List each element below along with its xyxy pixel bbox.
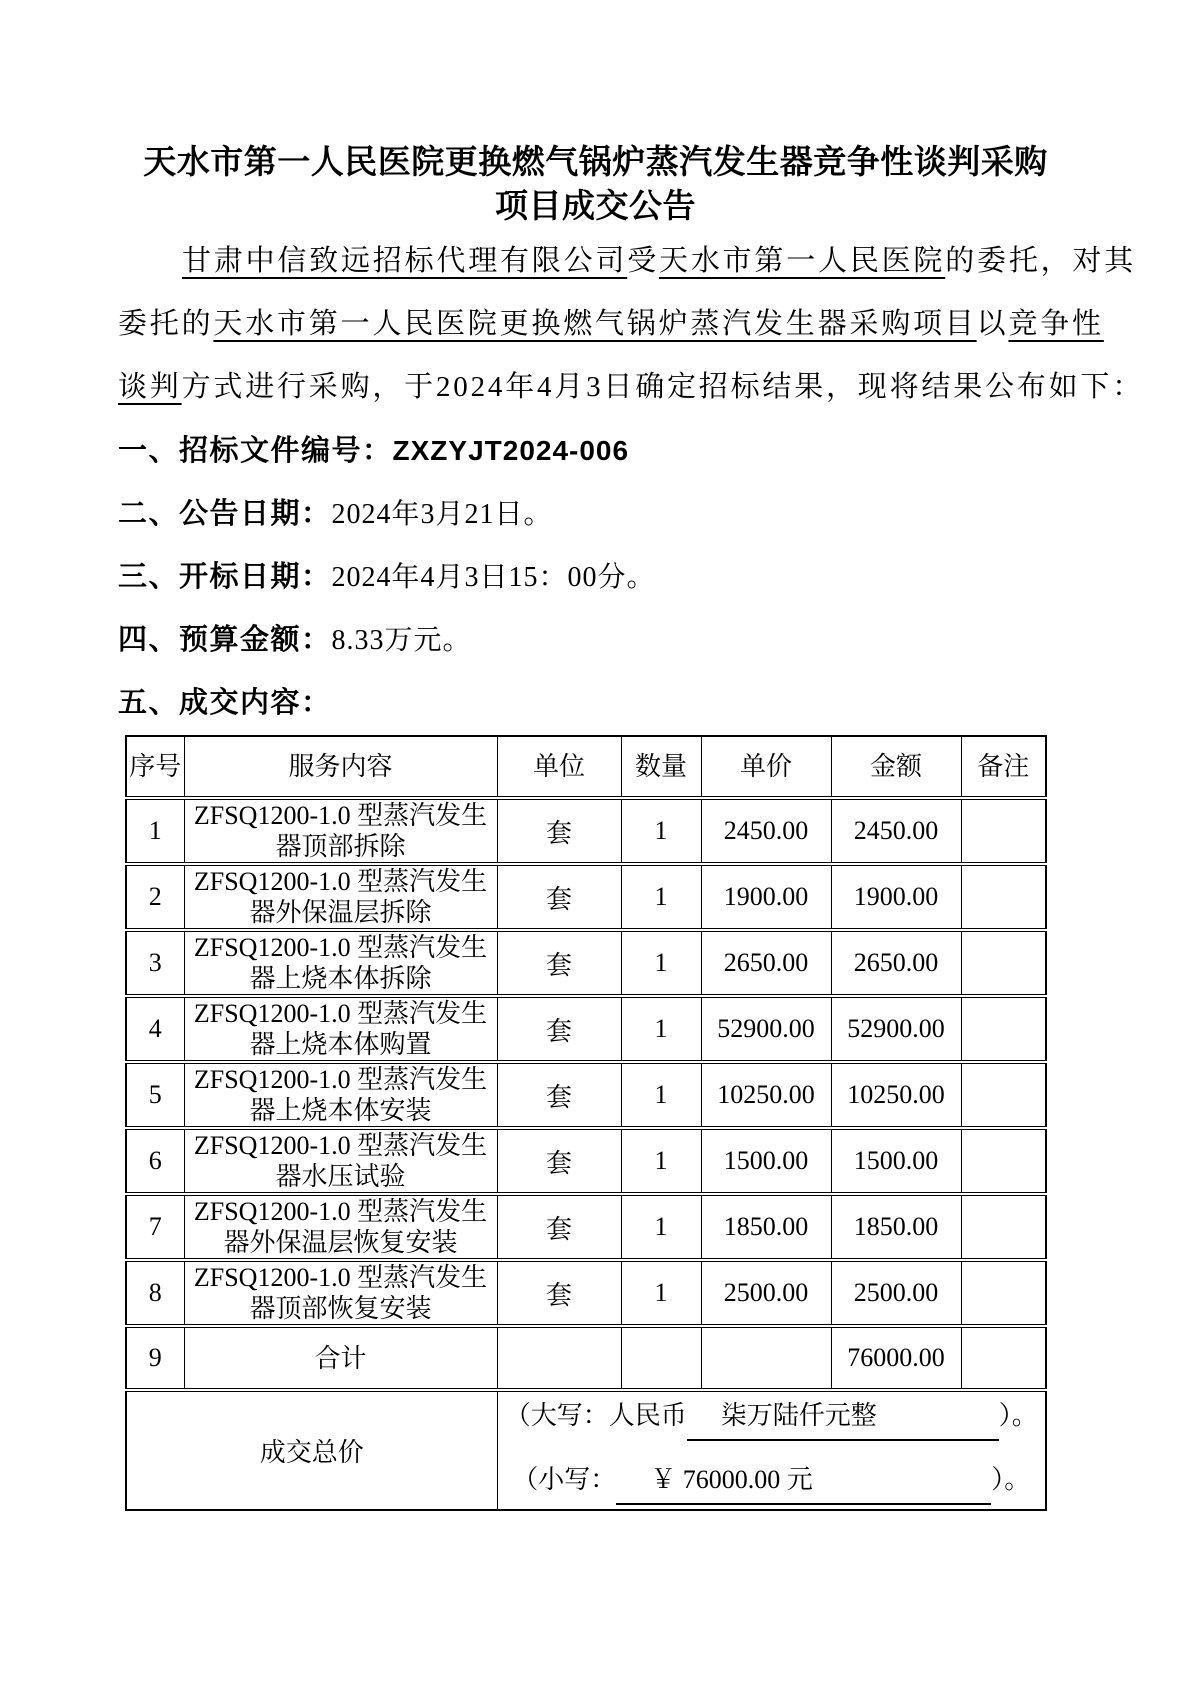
cell-service: ZFSQ1200-1.0 型蒸汽发生器水压试验 [184,1128,497,1194]
item-bid-opening-date: 三、开标日期：2024年4月3日15：00分。 [118,546,1073,609]
service-line-2: 器顶部拆除 [185,831,497,862]
cell-seq: 9 [126,1326,184,1390]
title-line-2: 项目成交公告 [118,184,1073,228]
service-line-2: 器水压试验 [185,1161,497,1192]
cell-qty: 1 [621,864,701,930]
item-award-content: 五、成交内容： [118,672,1073,735]
intro-text: 受 [627,245,659,277]
cell-service: ZFSQ1200-1.0 型蒸汽发生器外保温层恢复安装 [184,1194,497,1260]
intro-text: 方式进行采购，于2024年4月3日确定招标结果，现将结果公布如下： [182,371,1144,403]
cell-seq: 6 [126,1128,184,1194]
document-title: 天水市第一人民医院更换燃气锅炉蒸汽发生器竞争性谈判采购 项目成交公告 [118,140,1073,228]
cell-service: ZFSQ1200-1.0 型蒸汽发生器顶部拆除 [184,798,497,864]
cell-seq: 3 [126,930,184,996]
intro-line-2: 委托的天水市第一人民医院更换燃气锅炉蒸汽发生器采购项目以竞争性 [118,293,1073,356]
service-line-2: 器上烧本体安装 [185,1095,497,1126]
cell-qty: 1 [621,1128,701,1194]
cell-unit: 套 [497,1194,621,1260]
header-seq: 序号 [126,736,184,798]
item-announcement-date: 二、公告日期：2024年3月21日。 [118,483,1073,546]
cell-unit: 套 [497,798,621,864]
header-unit-price: 单价 [701,736,831,798]
service-line-2: 器上烧本体购置 [185,1029,497,1060]
header-qty: 数量 [621,736,701,798]
table-total-row: 9 合计 76000.00 [126,1326,1046,1390]
cell-service: ZFSQ1200-1.0 型蒸汽发生器顶部恢复安装 [184,1260,497,1326]
cell-unit: 套 [497,1260,621,1326]
cell-amount: 1850.00 [831,1194,961,1260]
cell-note [961,1194,1046,1260]
cell-service: ZFSQ1200-1.0 型蒸汽发生器外保温层拆除 [184,864,497,930]
cell-unit: 套 [497,1128,621,1194]
award-content-table: 序号 服务内容 单位 数量 单价 金额 备注 1 ZFSQ1200-1.0 型蒸… [125,735,1047,1511]
cell-qty [621,1326,701,1390]
cell-seq: 7 [126,1194,184,1260]
item-label: 三、开标日期： [118,561,332,593]
cell-qty: 1 [621,1194,701,1260]
cell-unit: 套 [497,996,621,1062]
cell-unit-price: 1900.00 [701,864,831,930]
intro-line-1: 甘肃中信致远招标代理有限公司受天水市第一人民医院的委托，对其 [118,230,1073,293]
service-line-1: ZFSQ1200-1.0 型蒸汽发生 [185,932,497,963]
cell-unit-price: 2450.00 [701,798,831,864]
table-row: 5 ZFSQ1200-1.0 型蒸汽发生器上烧本体安装 套 1 10250.00… [126,1062,1046,1128]
service-line-2: 器上烧本体拆除 [185,963,497,994]
service-line-1: ZFSQ1200-1.0 型蒸汽发生 [185,1262,497,1293]
cell-unit-price: 52900.00 [701,996,831,1062]
cell-unit: 套 [497,930,621,996]
header-unit: 单位 [497,736,621,798]
underlined-hospital-name: 天水市第一人民医院 [659,245,945,277]
cell-amount: 10250.00 [831,1062,961,1128]
amount-figures-blank: ￥ 76000.00 元 [616,1461,991,1505]
cell-note [961,996,1046,1062]
header-amount: 金额 [831,736,961,798]
cell-amount: 1900.00 [831,864,961,930]
cell-amount: 76000.00 [831,1326,961,1390]
cell-amount: 2500.00 [831,1260,961,1326]
cell-seq: 8 [126,1260,184,1326]
amount-in-words-line: （大写：人民币柒万陆仟元整）。 [498,1397,1046,1441]
underlined-method-part1: 竞争性 [1008,308,1103,340]
cell-note [961,798,1046,864]
item-value: 2024年3月21日。 [332,499,553,530]
header-note: 备注 [961,736,1046,798]
intro-paragraph: 甘肃中信致远招标代理有限公司受天水市第一人民医院的委托，对其 委托的天水市第一人… [118,230,1073,419]
cell-seq: 4 [126,996,184,1062]
cell-unit [497,1326,621,1390]
amount-words-blank: 柒万陆仟元整 [687,1397,999,1441]
cell-qty: 1 [621,1062,701,1128]
cell-note [961,864,1046,930]
cell-note [961,930,1046,996]
cell-unit-price: 10250.00 [701,1062,831,1128]
amount-words-prefix: （大写：人民币 [505,1401,687,1430]
table-header-row: 序号 服务内容 单位 数量 单价 金额 备注 [126,736,1046,798]
cell-qty: 1 [621,930,701,996]
amount-figures-suffix: ）。 [991,1465,1030,1494]
service-line-2: 器外保温层拆除 [185,897,497,928]
cell-unit-price: 1850.00 [701,1194,831,1260]
intro-text: 的委托，对其 [945,245,1136,277]
cell-unit: 套 [497,864,621,930]
intro-text: 委托的 [118,308,213,340]
amount-figures-prefix: （小写： [512,1465,616,1494]
underlined-agency-name: 甘肃中信致远招标代理有限公司 [182,245,627,277]
deal-total-price-value: （大写：人民币柒万陆仟元整）。 （小写：￥ 76000.00 元）。 [497,1390,1046,1510]
cell-amount: 52900.00 [831,996,961,1062]
cell-unit-price: 2500.00 [701,1260,831,1326]
total-label: 合计 [185,1343,497,1374]
underlined-method-part2: 谈判 [118,371,182,403]
intro-text: 以 [977,308,1009,340]
item-value: 8.33万元。 [332,625,472,656]
cell-unit-price: 1500.00 [701,1128,831,1194]
item-label: 二、公告日期： [118,498,332,530]
cell-service: ZFSQ1200-1.0 型蒸汽发生器上烧本体购置 [184,996,497,1062]
table-row: 6 ZFSQ1200-1.0 型蒸汽发生器水压试验 套 1 1500.00 15… [126,1128,1046,1194]
cell-service-total: 合计 [184,1326,497,1390]
table-row: 3 ZFSQ1200-1.0 型蒸汽发生器上烧本体拆除 套 1 2650.00 … [126,930,1046,996]
title-line-1: 天水市第一人民医院更换燃气锅炉蒸汽发生器竞争性谈判采购 [118,140,1073,184]
cell-amount: 2450.00 [831,798,961,864]
cell-qty: 1 [621,1260,701,1326]
service-line-2: 器外保温层恢复安装 [185,1227,497,1258]
intro-line-3: 谈判方式进行采购，于2024年4月3日确定招标结果，现将结果公布如下： [118,356,1073,419]
item-label: 一、招标文件编号： [118,435,393,467]
header-service: 服务内容 [184,736,497,798]
cell-note [961,1326,1046,1390]
cell-service: ZFSQ1200-1.0 型蒸汽发生器上烧本体拆除 [184,930,497,996]
service-line-2: 器顶部恢复安装 [185,1293,497,1324]
service-line-1: ZFSQ1200-1.0 型蒸汽发生 [185,800,497,831]
item-value: ZXZYJT2024-006 [393,435,630,466]
cell-amount: 1500.00 [831,1128,961,1194]
numbered-items: 一、招标文件编号：ZXZYJT2024-006 二、公告日期：2024年3月21… [118,419,1073,735]
cell-note [961,1062,1046,1128]
cell-unit-price [701,1326,831,1390]
cell-service: ZFSQ1200-1.0 型蒸汽发生器上烧本体安装 [184,1062,497,1128]
cell-unit: 套 [497,1062,621,1128]
item-label: 四、预算金额： [118,624,332,656]
table-row: 1 ZFSQ1200-1.0 型蒸汽发生器顶部拆除 套 1 2450.00 24… [126,798,1046,864]
amount-words-suffix: ）。 [999,1401,1038,1430]
table-row: 7 ZFSQ1200-1.0 型蒸汽发生器外保温层恢复安装 套 1 1850.0… [126,1194,1046,1260]
service-line-1: ZFSQ1200-1.0 型蒸汽发生 [185,1130,497,1161]
service-line-1: ZFSQ1200-1.0 型蒸汽发生 [185,1196,497,1227]
document-page: 天水市第一人民医院更换燃气锅炉蒸汽发生器竞争性谈判采购 项目成交公告 甘肃中信致… [0,0,1191,1684]
table-row: 4 ZFSQ1200-1.0 型蒸汽发生器上烧本体购置 套 1 52900.00… [126,996,1046,1062]
item-label: 五、成交内容： [118,687,332,719]
item-tender-doc-number: 一、招标文件编号：ZXZYJT2024-006 [118,419,1073,483]
cell-note [961,1260,1046,1326]
service-line-1: ZFSQ1200-1.0 型蒸汽发生 [185,1064,497,1095]
service-line-1: ZFSQ1200-1.0 型蒸汽发生 [185,866,497,897]
cell-unit-price: 2650.00 [701,930,831,996]
service-line-1: ZFSQ1200-1.0 型蒸汽发生 [185,998,497,1029]
table-footer-row: 成交总价 （大写：人民币柒万陆仟元整）。 （小写：￥ 76000.00 元）。 [126,1390,1046,1510]
cell-qty: 1 [621,798,701,864]
cell-amount: 2650.00 [831,930,961,996]
table-row: 2 ZFSQ1200-1.0 型蒸汽发生器外保温层拆除 套 1 1900.00 … [126,864,1046,930]
deal-total-price-label: 成交总价 [126,1390,497,1510]
table-row: 8 ZFSQ1200-1.0 型蒸汽发生器顶部恢复安装 套 1 2500.00 … [126,1260,1046,1326]
cell-seq: 5 [126,1062,184,1128]
cell-note [961,1128,1046,1194]
item-value: 2024年4月3日15：00分。 [332,562,656,593]
cell-seq: 2 [126,864,184,930]
cell-seq: 1 [126,798,184,864]
amount-in-figures-line: （小写：￥ 76000.00 元）。 [498,1461,1046,1505]
underlined-project-name: 天水市第一人民医院更换燃气锅炉蒸汽发生器采购项目 [213,308,976,340]
item-budget-amount: 四、预算金额：8.33万元。 [118,609,1073,672]
cell-qty: 1 [621,996,701,1062]
